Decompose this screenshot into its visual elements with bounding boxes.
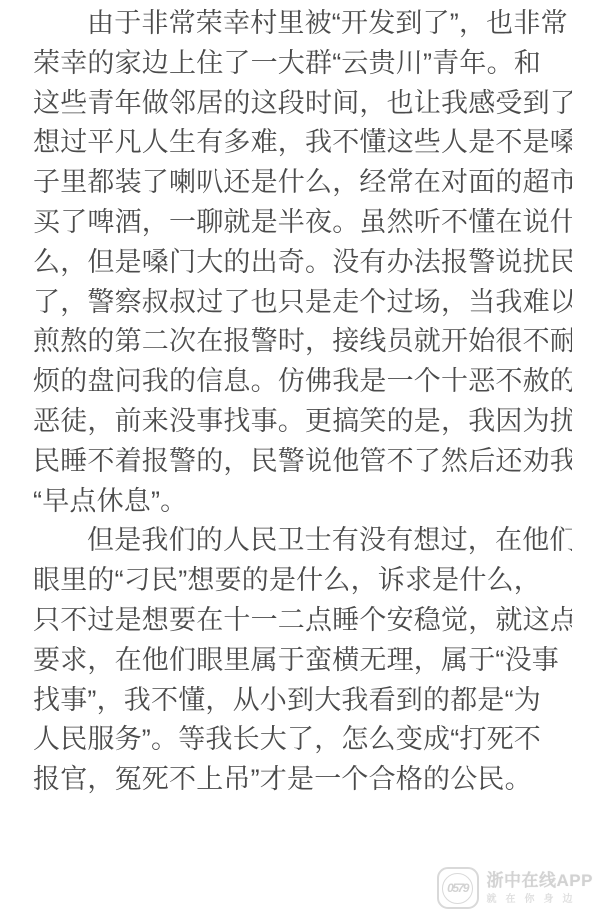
text-line: 买了啤酒，一聊就是半夜。虽然听不懂在说什 [33,203,572,243]
text-line: 眼里的“刁民”想要的是什么，诉求是什么， [33,561,572,601]
text-line: 子里都装了喇叭还是什么，经常在对面的超市 [33,163,572,203]
text-line: 煎熬的第二次在报警时，接线员就开始很不耐 [33,322,572,362]
text-line: 烦的盘问我的信息。仿佛我是一个十恶不赦的 [33,362,572,402]
text-line: 么，但是嗓门大的出奇。没有办法报警说扰民 [33,243,572,283]
text-line: 人民服务”。等我长大了，怎么变成“打死不 [33,720,572,760]
text-line: 了，警察叔叔过了也只是走个过场，当我难以 [33,283,572,323]
text-line: “早点休息”。 [33,482,572,522]
logo-seal-icon: 0579 [442,873,473,904]
article-text: 由于非常荣幸村里被“开发到了”，也非常荣幸的家边上住了一大群“云贵川”青年。和这… [0,0,600,800]
logo-number: 0579 [447,881,468,895]
app-logo-icon: 0579 [437,867,479,909]
text-line: 要求，在他们眼里属于蛮横无理，属于“没事 [33,641,572,681]
paragraph-1: 由于非常荣幸村里被“开发到了”，也非常荣幸的家边上住了一大群“云贵川”青年。和这… [33,4,572,521]
text-line: 这些青年做邻居的这段时间，也让我感受到了 [33,84,572,124]
text-line: 想过平凡人生有多难，我不懂这些人是不是嗓 [33,123,572,163]
paragraph-2: 但是我们的人民卫士有没有想过，在他们眼里的“刁民”想要的是什么，诉求是什么，只不… [33,521,572,800]
watermark-app-name: 浙中在线APP [487,871,593,891]
watermark: 0579 浙中在线APP 就在你身边 [437,867,593,909]
text-line: 恶徒，前来没事找事。更搞笑的是，我因为扰 [33,402,572,442]
text-line: 民睡不着报警的，民警说他管不了然后还劝我 [33,442,572,482]
article-page: 由于非常荣幸村里被“开发到了”，也非常荣幸的家边上住了一大群“云贵川”青年。和这… [0,0,600,917]
text-line: 找事”，我不懂，从小到大我看到的都是“为 [33,681,572,721]
text-line: 由于非常荣幸村里被“开发到了”，也非常 [33,4,572,44]
text-line: 只不过是想要在十一二点睡个安稳觉，就这点 [33,601,572,641]
watermark-text-block: 浙中在线APP 就在你身边 [487,871,593,906]
watermark-slogan: 就在你身边 [487,893,593,906]
text-line: 荣幸的家边上住了一大群“云贵川”青年。和 [33,44,572,84]
text-line: 报官，冤死不上吊”才是一个合格的公民。 [33,760,572,800]
text-line: 但是我们的人民卫士有没有想过，在他们 [33,521,572,561]
